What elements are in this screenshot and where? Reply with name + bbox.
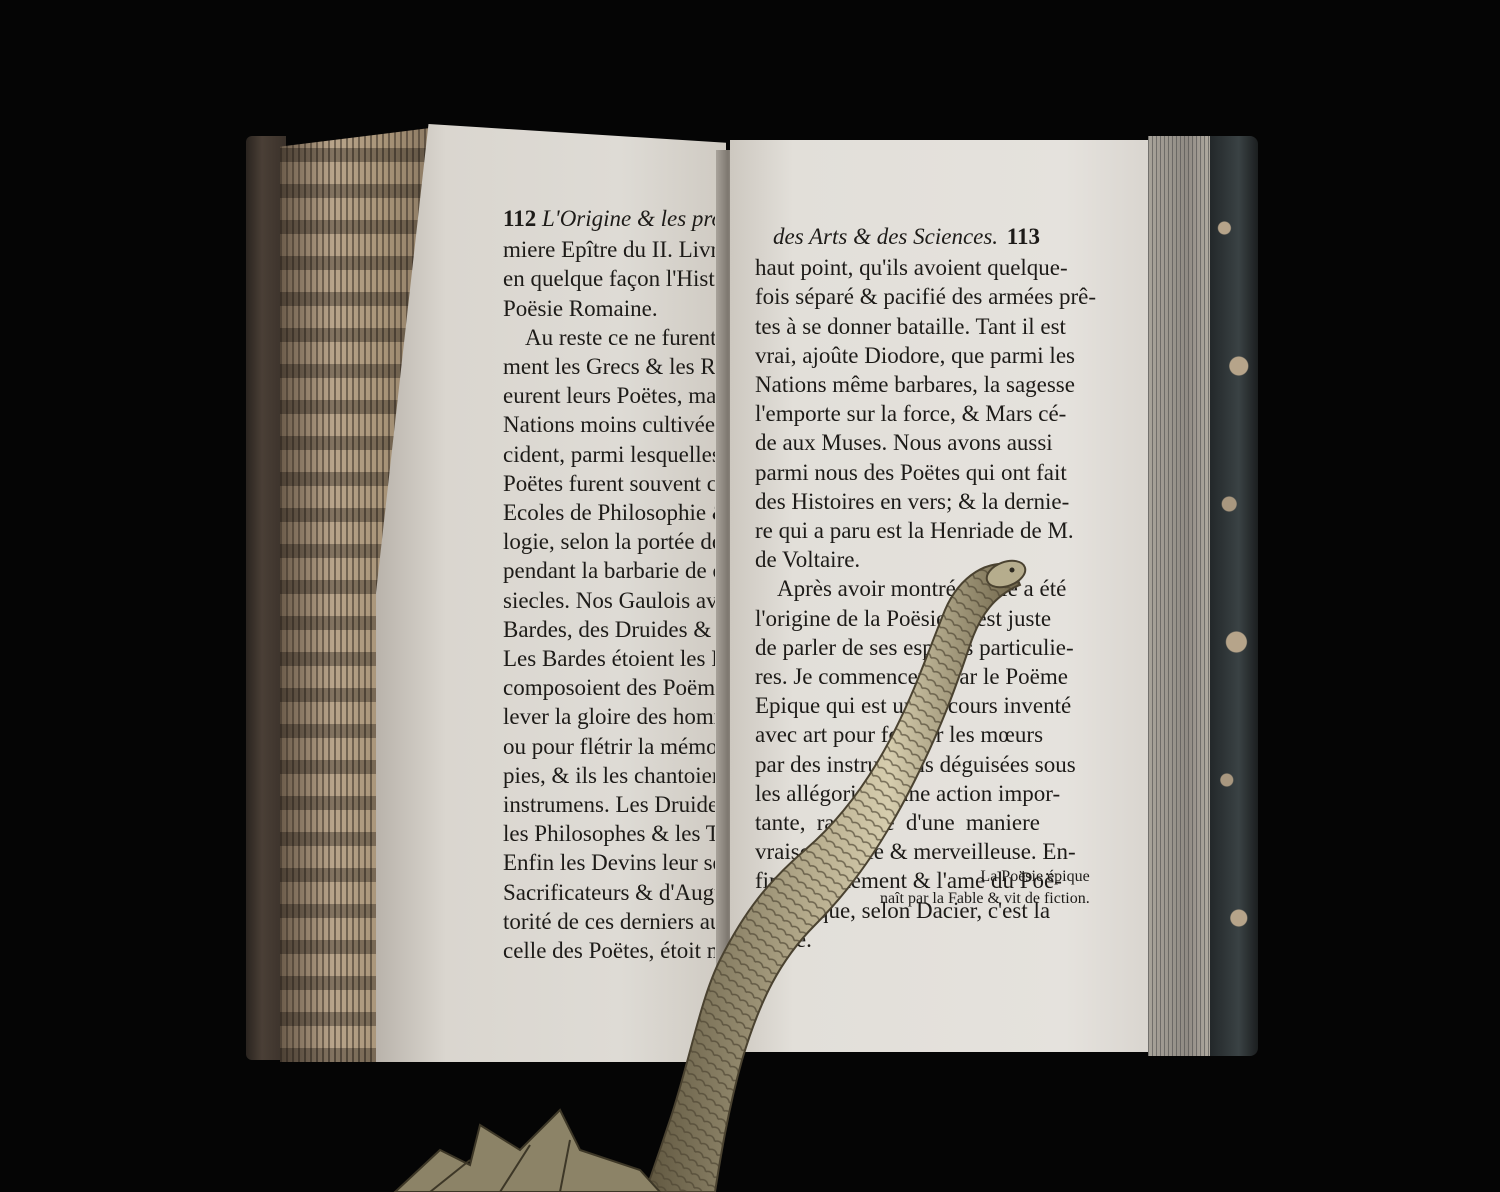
photo-scene: 112 L'Origine & les progrès miere Epître… — [0, 0, 1500, 1192]
brass-snake-bookmark-icon — [0, 0, 1500, 1192]
